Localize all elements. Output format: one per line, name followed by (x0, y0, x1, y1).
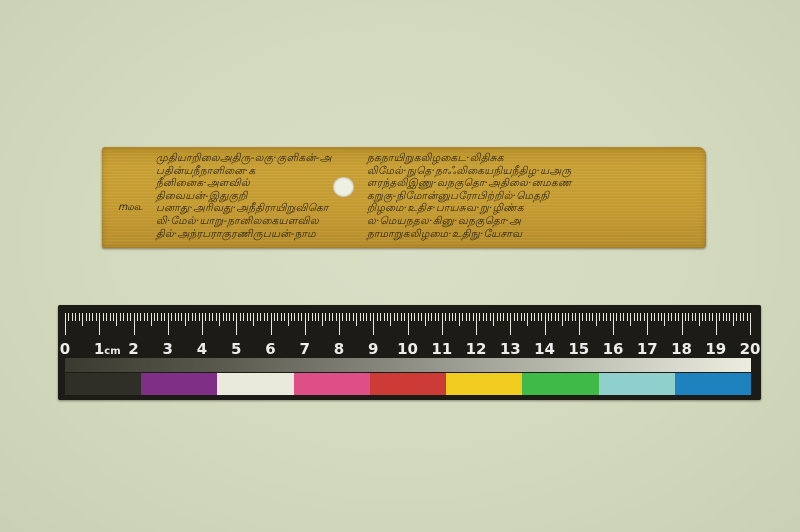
ruler-tick (103, 313, 104, 321)
ruler-tick (240, 313, 241, 321)
ruler-label: 16 (603, 340, 624, 358)
ruler-tick (497, 313, 498, 321)
ruler-tick (219, 313, 220, 326)
ruler-tick (435, 313, 436, 321)
ruler-tick (96, 313, 97, 321)
ruler-label: 20 (740, 340, 761, 358)
ruler-tick (431, 313, 432, 321)
ruler-tick (274, 313, 275, 321)
ruler-tick (483, 313, 484, 321)
ruler-tick (613, 313, 614, 335)
text-line: லிமேல்·நுதெ·நாஃலிகையநியநீதிழ·யஅரு (367, 165, 572, 178)
ruler-tick (175, 313, 176, 321)
ruler-tick (671, 313, 672, 321)
ruler-tick (469, 313, 470, 321)
ruler-tick (199, 313, 200, 321)
ruler-tick (712, 313, 713, 321)
ruler-tick (89, 313, 90, 321)
ruler-tick (140, 313, 141, 321)
ruler-tick (582, 313, 583, 321)
ruler-tick (568, 313, 569, 321)
ruler-label: 6 (265, 340, 275, 358)
ruler-tick (144, 313, 145, 321)
ruler-tick (517, 313, 518, 321)
color-patch-green (522, 373, 599, 395)
manuscript-text-right: நகநாயிறுகலிழகைட·லிதிசுக லிமேல்·நுதெ·நாஃல… (367, 152, 572, 240)
ruler-tick (603, 313, 604, 321)
ruler-label: 1cm (94, 340, 121, 358)
ruler-tick (428, 313, 429, 321)
ruler-tick (202, 313, 203, 335)
ruler-tick (346, 313, 347, 321)
ruler-tick (260, 313, 261, 321)
ruler-tick (664, 313, 665, 326)
ruler-label: 11 (431, 340, 452, 358)
ruler-tick (384, 313, 385, 321)
ruler-label: 9 (368, 340, 378, 358)
ruler-tick (154, 313, 155, 321)
ruler-tick (209, 313, 210, 321)
ruler-tick (356, 313, 357, 326)
ruler-tick (349, 313, 350, 321)
ruler-tick (733, 313, 734, 326)
ruler-tick (452, 313, 453, 321)
ruler-tick (551, 313, 552, 321)
ruler-tick (264, 313, 265, 321)
text-line: லி·மேல்·யாறு-நானிலகையளவில (156, 215, 332, 228)
ruler-tick (606, 313, 607, 321)
ruler-tick (555, 313, 556, 321)
ruler-tick (572, 313, 573, 321)
ruler-label: 12 (466, 340, 487, 358)
ruler-tick (72, 313, 73, 321)
ruler-tick (212, 313, 213, 321)
ruler-label: 8 (334, 340, 344, 358)
ruler-tick (596, 313, 597, 326)
ruler-tick (68, 313, 69, 321)
ruler-tick (493, 313, 494, 326)
ruler-tick (627, 313, 628, 321)
text-line: கறுகு-நிமோன்னுபரோபிற்றில்·மெதநி (367, 190, 572, 203)
ruler-label: 17 (637, 340, 658, 358)
ruler-tick (514, 313, 515, 321)
string-hole (333, 177, 354, 197)
ruler-tick (630, 313, 631, 326)
ruler-tick (79, 313, 80, 321)
ruler-label: 0 (60, 340, 70, 358)
ruler-tick (620, 313, 621, 321)
ruler-label: 5 (231, 340, 241, 358)
ruler-tick (503, 313, 504, 321)
ruler-tick (116, 313, 117, 326)
ruler-tick (716, 313, 717, 335)
ruler-tick (729, 313, 730, 321)
ruler-tick (401, 313, 402, 321)
text-line: தில்·அந்ரபராகுரணிருபயன்-நாம (156, 228, 332, 241)
ruler-tick (545, 313, 546, 335)
ruler-tick (414, 313, 415, 321)
ruler-tick (298, 313, 299, 321)
ruler-label: 3 (163, 340, 173, 358)
ruler-tick (675, 313, 676, 321)
text-line: ளரந்தலிஇணு·வநகுதொ·அதிலை·னமகண (367, 177, 572, 190)
ruler-tick (291, 313, 292, 321)
ruler-tick (562, 313, 563, 326)
color-patch-purple (141, 373, 218, 395)
ruler-tick (271, 313, 272, 335)
ruler-tick (332, 313, 333, 321)
ruler-tick (438, 313, 439, 321)
unit-label: cm (104, 346, 120, 357)
ruler-tick (353, 313, 354, 321)
ruler-tick (322, 313, 323, 326)
ruler-tick (668, 313, 669, 321)
ruler-label: 18 (671, 340, 692, 358)
ruler-tick (223, 313, 224, 321)
ruler-tick (151, 313, 152, 326)
ruler-tick (599, 313, 600, 321)
margin-note: ꭑ௰௳ (118, 199, 143, 214)
text-line: நீனினைக·அளவில் (156, 177, 332, 190)
ruler-tick (363, 313, 364, 321)
ruler-label: 10 (397, 340, 418, 358)
ruler-tick (216, 313, 217, 321)
ruler-tick (387, 313, 388, 321)
ruler-tick (644, 313, 645, 321)
ruler-tick (473, 313, 474, 321)
ruler-tick (702, 313, 703, 321)
ruler-tick (106, 313, 107, 321)
ruler-tick (616, 313, 617, 321)
ruler-label: 4 (197, 340, 207, 358)
ruler-tick (500, 313, 501, 321)
ruler-label: 15 (568, 340, 589, 358)
ruler-tick (586, 313, 587, 321)
ruler-tick (257, 313, 258, 321)
ruler-tick (288, 313, 289, 326)
color-patch-cyan (599, 373, 676, 395)
ruler-tick (579, 313, 580, 335)
ruler-tick (527, 313, 528, 326)
ruler-tick (205, 313, 206, 321)
ruler-tick (181, 313, 182, 321)
ruler-tick (277, 313, 278, 321)
ruler-tick (425, 313, 426, 326)
ruler-tick (226, 313, 227, 321)
ruler-tick (250, 313, 251, 321)
ruler-tick (377, 313, 378, 321)
ruler-tick (658, 313, 659, 321)
ruler-tick (455, 313, 456, 321)
ruler-tick (719, 313, 720, 321)
ruler-tick (740, 313, 741, 321)
ruler-tick (507, 313, 508, 321)
ruler-tick (130, 313, 131, 321)
gray-scale-bar (65, 358, 751, 372)
ruler-tick (462, 313, 463, 321)
color-patch-magenta (294, 373, 371, 395)
ruler-tick (743, 313, 744, 321)
ruler-tick (654, 313, 655, 321)
ruler-tick (589, 313, 590, 321)
text-line: பனாது·அரிவது·அநீதிராயிறுவிகொ (156, 202, 332, 215)
color-calibration-ruler: 01cm234567891011121314151617181920 (58, 305, 761, 400)
color-patch-blue (675, 373, 752, 395)
ruler-tick (548, 313, 549, 321)
ruler-tick (315, 313, 316, 321)
ruler-tick (558, 313, 559, 321)
ruler-tick (726, 313, 727, 321)
ruler-tick (373, 313, 374, 335)
ruler-tick (634, 313, 635, 321)
ruler-label: 19 (705, 340, 726, 358)
ruler-tick (476, 313, 477, 335)
ruler-tick (685, 313, 686, 321)
text-line: றிழமை·உதிச·பாயசுவ·று·ழிண்க (367, 202, 572, 215)
ruler-tick (380, 313, 381, 321)
color-patch-red (370, 373, 447, 395)
ruler-tick (750, 313, 751, 335)
ruler-tick (366, 313, 367, 321)
ruler-tick (466, 313, 467, 321)
ruler-tick (301, 313, 302, 321)
ruler-tick (243, 313, 244, 321)
color-patch-white (217, 373, 294, 395)
ruler-tick (394, 313, 395, 321)
ruler-tick (688, 313, 689, 321)
ruler-tick (637, 313, 638, 321)
ruler-tick (233, 313, 234, 321)
ruler-tick (188, 313, 189, 321)
ruler-tick (592, 313, 593, 321)
ruler-tick (449, 313, 450, 321)
ruler-tick (161, 313, 162, 321)
ruler-tick (404, 313, 405, 321)
ruler-tick (236, 313, 237, 335)
ruler-tick (75, 313, 76, 321)
ruler-tick (168, 313, 169, 335)
ruler-tick (192, 313, 193, 321)
ruler-tick (521, 313, 522, 321)
ruler-tick (110, 313, 111, 321)
ruler-tick (99, 313, 100, 335)
ruler-tick (195, 313, 196, 321)
ruler-tick (247, 313, 248, 321)
ruler-label: 14 (534, 340, 555, 358)
text-line: நாமாறுகலிழமை·உதிநு·யேசாவ (367, 228, 572, 241)
ruler-tick (294, 313, 295, 321)
ruler-tick (86, 313, 87, 321)
ruler-tick (123, 313, 124, 321)
ruler-tick (329, 313, 330, 321)
ruler-tick (178, 313, 179, 321)
ruler-tick (360, 313, 361, 321)
ruler-tick (479, 313, 480, 321)
ruler-tick (695, 313, 696, 321)
ruler-tick (565, 313, 566, 321)
ruler-tick (342, 313, 343, 321)
ruler-tick (137, 313, 138, 321)
ruler-tick (575, 313, 576, 321)
ruler-tick (390, 313, 391, 326)
ruler-tick (418, 313, 419, 321)
ruler-tick (185, 313, 186, 326)
ruler-tick (82, 313, 83, 326)
ruler-tick (113, 313, 114, 321)
ruler-tick (534, 313, 535, 321)
ruler-tick (318, 313, 319, 321)
ruler-tick (171, 313, 172, 321)
ruler-tick (647, 313, 648, 335)
ruler-tick (723, 313, 724, 321)
ruler-tick (531, 313, 532, 321)
ruler-tick (253, 313, 254, 326)
ruler-tick (284, 313, 285, 321)
text-line: திவையன்-இதுகுறி (156, 190, 332, 203)
ruler-tick (336, 313, 337, 321)
ruler-tick (164, 313, 165, 321)
ruler-tick (127, 313, 128, 321)
text-line: முதியாறிலைஅதிரு-லகு·குளிகன்-அ (156, 152, 332, 165)
ruler-label: 2 (128, 340, 138, 358)
ruler-tick (339, 313, 340, 335)
ruler-tick (134, 313, 135, 335)
ruler-tick (623, 313, 624, 321)
ruler-label: 13 (500, 340, 521, 358)
ruler-tick (442, 313, 443, 335)
ruler-tick (157, 313, 158, 321)
ruler-tick (541, 313, 542, 321)
ruler-tick (305, 313, 306, 335)
ruler-tick (445, 313, 446, 321)
ruler-tick (524, 313, 525, 321)
manuscript-text-left: முதியாறிலைஅதிரு-லகு·குளிகன்-அ பதின்யநீநா… (156, 152, 332, 240)
ruler-tick (312, 313, 313, 321)
ruler-tick (651, 313, 652, 321)
ruler-tick (538, 313, 539, 321)
ruler-tick (370, 313, 371, 321)
ruler-tick (610, 313, 611, 321)
ruler-tick (397, 313, 398, 321)
ruler-tick (325, 313, 326, 321)
ruler-tick (661, 313, 662, 321)
ruler-tick (421, 313, 422, 321)
ruler-tick (229, 313, 230, 321)
ruler-tick (411, 313, 412, 321)
ruler-tick (640, 313, 641, 321)
ruler-tick (486, 313, 487, 321)
ruler-tick (692, 313, 693, 321)
ruler-tick (459, 313, 460, 326)
ruler-tick (699, 313, 700, 326)
ruler-tick (736, 313, 737, 321)
ruler-tick (65, 313, 66, 335)
ruler-tick (281, 313, 282, 321)
ruler-tick (705, 313, 706, 321)
ruler-tick (510, 313, 511, 335)
ruler-tick (267, 313, 268, 321)
ruler-tick (682, 313, 683, 335)
ruler-tick (678, 313, 679, 321)
ruler-tick (308, 313, 309, 321)
text-line: பதின்யநீநாளினை·க (156, 165, 332, 178)
ruler-tick (747, 313, 748, 321)
color-patch-yellow (446, 373, 523, 395)
ruler-tick (92, 313, 93, 321)
ruler-tick (120, 313, 121, 321)
ruler-label: 7 (300, 340, 310, 358)
text-line: நகநாயிறுகலிழகைட·லிதிசுக (367, 152, 572, 165)
ruler-tick (709, 313, 710, 321)
ruler-tick (490, 313, 491, 321)
color-patch-black (65, 373, 142, 395)
ruler-tick (147, 313, 148, 321)
ruler-tick (408, 313, 409, 335)
text-line: ல·மெயநதல·கினு·வநகுதொ·அ (367, 215, 572, 228)
